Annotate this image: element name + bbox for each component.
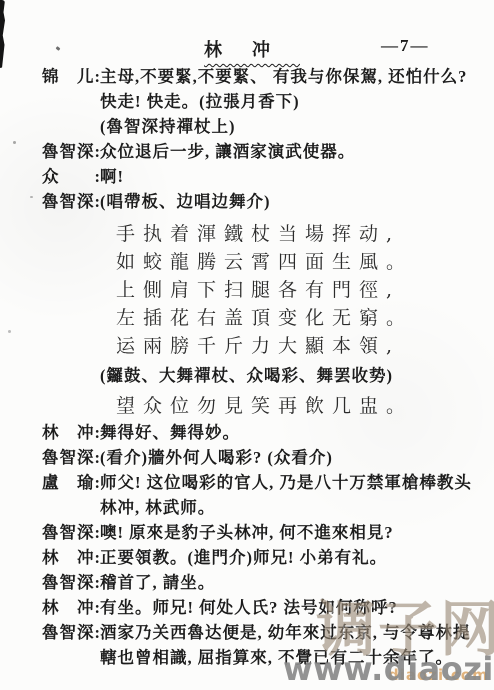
watermark-url: www.diaozi.com [283, 650, 494, 688]
page-number: —7— [381, 36, 430, 56]
line-text: 望众位勿見笑再飲几盅。 [116, 395, 413, 417]
speaker-label: 魯智深: [42, 620, 101, 645]
scan-speck [13, 141, 16, 144]
speaker-label: 林 冲: [42, 420, 101, 445]
page-title: 林冲 [204, 36, 300, 62]
script-line: 林冲, 林武师。 [0, 495, 494, 520]
script-line: 锦 儿: 主母,不要緊,不要緊、 有我与你保駕, 还怕什么? [0, 64, 494, 89]
script-line: 林 冲: 正要領教。(進門介)师兄! 小弟有礼。 [0, 545, 494, 570]
speaker-label: 林 冲: [42, 545, 101, 570]
line-text: 啊! [100, 167, 124, 186]
script-line: 如蛟龍腾云霄四面生風。 [0, 248, 494, 276]
script-line: 左插花右盖頂变化无窮。 [0, 304, 494, 332]
script-line: 盧 瑜: 师父! 这位喝彩的官人, 乃是八十万禁軍槍棒教头 [0, 470, 494, 495]
line-text: 正要領教。(進門介)师兄! 小弟有礼。 [100, 548, 387, 567]
line-text: 林冲, 林武师。 [100, 498, 215, 517]
speaker-label: 众 : [42, 164, 101, 189]
line-text: 主母,不要緊,不要緊、 有我与你保駕, 还怕什么? [100, 67, 467, 86]
script-line: 魯智深: 噢! 原來是豹子头林冲, 何不進來相見? [0, 520, 494, 545]
scan-speck [30, 196, 33, 198]
script-line: (魯智深持禪杖上) [0, 114, 494, 139]
line-text: 手执着渾鐵杖当場挥动, [116, 223, 400, 245]
script-line: 魯智深: (看介)牆外何人喝彩? (众看介) [0, 445, 494, 470]
script-line: (鑼鼓、大舞禪杖、众喝彩、舞罢收势) [0, 360, 494, 392]
line-text: 如蛟龍腾云霄四面生風。 [116, 251, 413, 273]
speaker-label: 林 冲: [42, 595, 101, 620]
speaker-label: 魯智深: [42, 139, 101, 164]
line-text: 运兩膀千斤力大顯本領, [116, 335, 400, 357]
speaker-label: 魯智深: [42, 520, 101, 545]
document-page: 林冲 —7— 锦 儿: 主母,不要緊,不要緊、 有我与你保駕, 还怕什么? 快走… [0, 0, 494, 690]
script-line: 魯智深: 众位退后一步, 讓酒家演武使器。 [0, 139, 494, 164]
script-line: 林 冲: 舞得好、舞得妙。 [0, 420, 494, 445]
speaker-label: 魯智深: [42, 189, 101, 214]
scan-speck [8, 330, 11, 333]
speaker-label: 锦 儿: [42, 64, 101, 89]
speaker-label: 魯智深: [42, 445, 101, 470]
speaker-label: 盧 瑜: [42, 470, 101, 495]
page-header: 林冲 —7— [0, 34, 494, 60]
line-text: 舞得好、舞得妙。 [100, 423, 240, 442]
script-line: 魯智深: 稽首了, 請坐。 [0, 570, 494, 595]
line-text: (魯智深持禪杖上) [100, 117, 236, 136]
line-text: (唱帶板、边唱边舞介) [100, 192, 271, 211]
script-line: 魯智深: (唱帶板、边唱边舞介) [0, 189, 494, 214]
line-text: 稽首了, 請坐。 [100, 573, 215, 592]
line-text: 噢! 原來是豹子头林冲, 何不進來相見? [100, 523, 394, 542]
script-line: 众 : 啊! [0, 164, 494, 189]
script-line: 手执着渾鐵杖当場挥动, [0, 220, 494, 248]
line-text: 上側肩下扫腿各有門徑, [116, 279, 400, 301]
line-text: 师父! 这位喝彩的官人, 乃是八十万禁軍槍棒教头 [100, 473, 472, 492]
speaker-label: 魯智深: [42, 570, 101, 595]
script-line: 望众位勿見笑再飲几盅。 [0, 392, 494, 420]
script-line: 运兩膀千斤力大顯本領, [0, 332, 494, 360]
script-line: 上側肩下扫腿各有門徑, [0, 276, 494, 304]
line-text: 快走! 快走。(拉張月香下) [100, 92, 300, 111]
line-text: (看介)牆外何人喝彩? (众看介) [100, 448, 333, 467]
script-body: 锦 儿: 主母,不要緊,不要緊、 有我与你保駕, 还怕什么? 快走! 快走。(拉… [0, 64, 494, 670]
line-text: (鑼鼓、大舞禪杖、众喝彩、舞罢收势) [100, 366, 393, 385]
line-text: 左插花右盖頂变化无窮。 [116, 307, 413, 329]
script-line: 快走! 快走。(拉張月香下) [0, 89, 494, 114]
line-text: 众位退后一步, 讓酒家演武使器。 [100, 142, 355, 161]
